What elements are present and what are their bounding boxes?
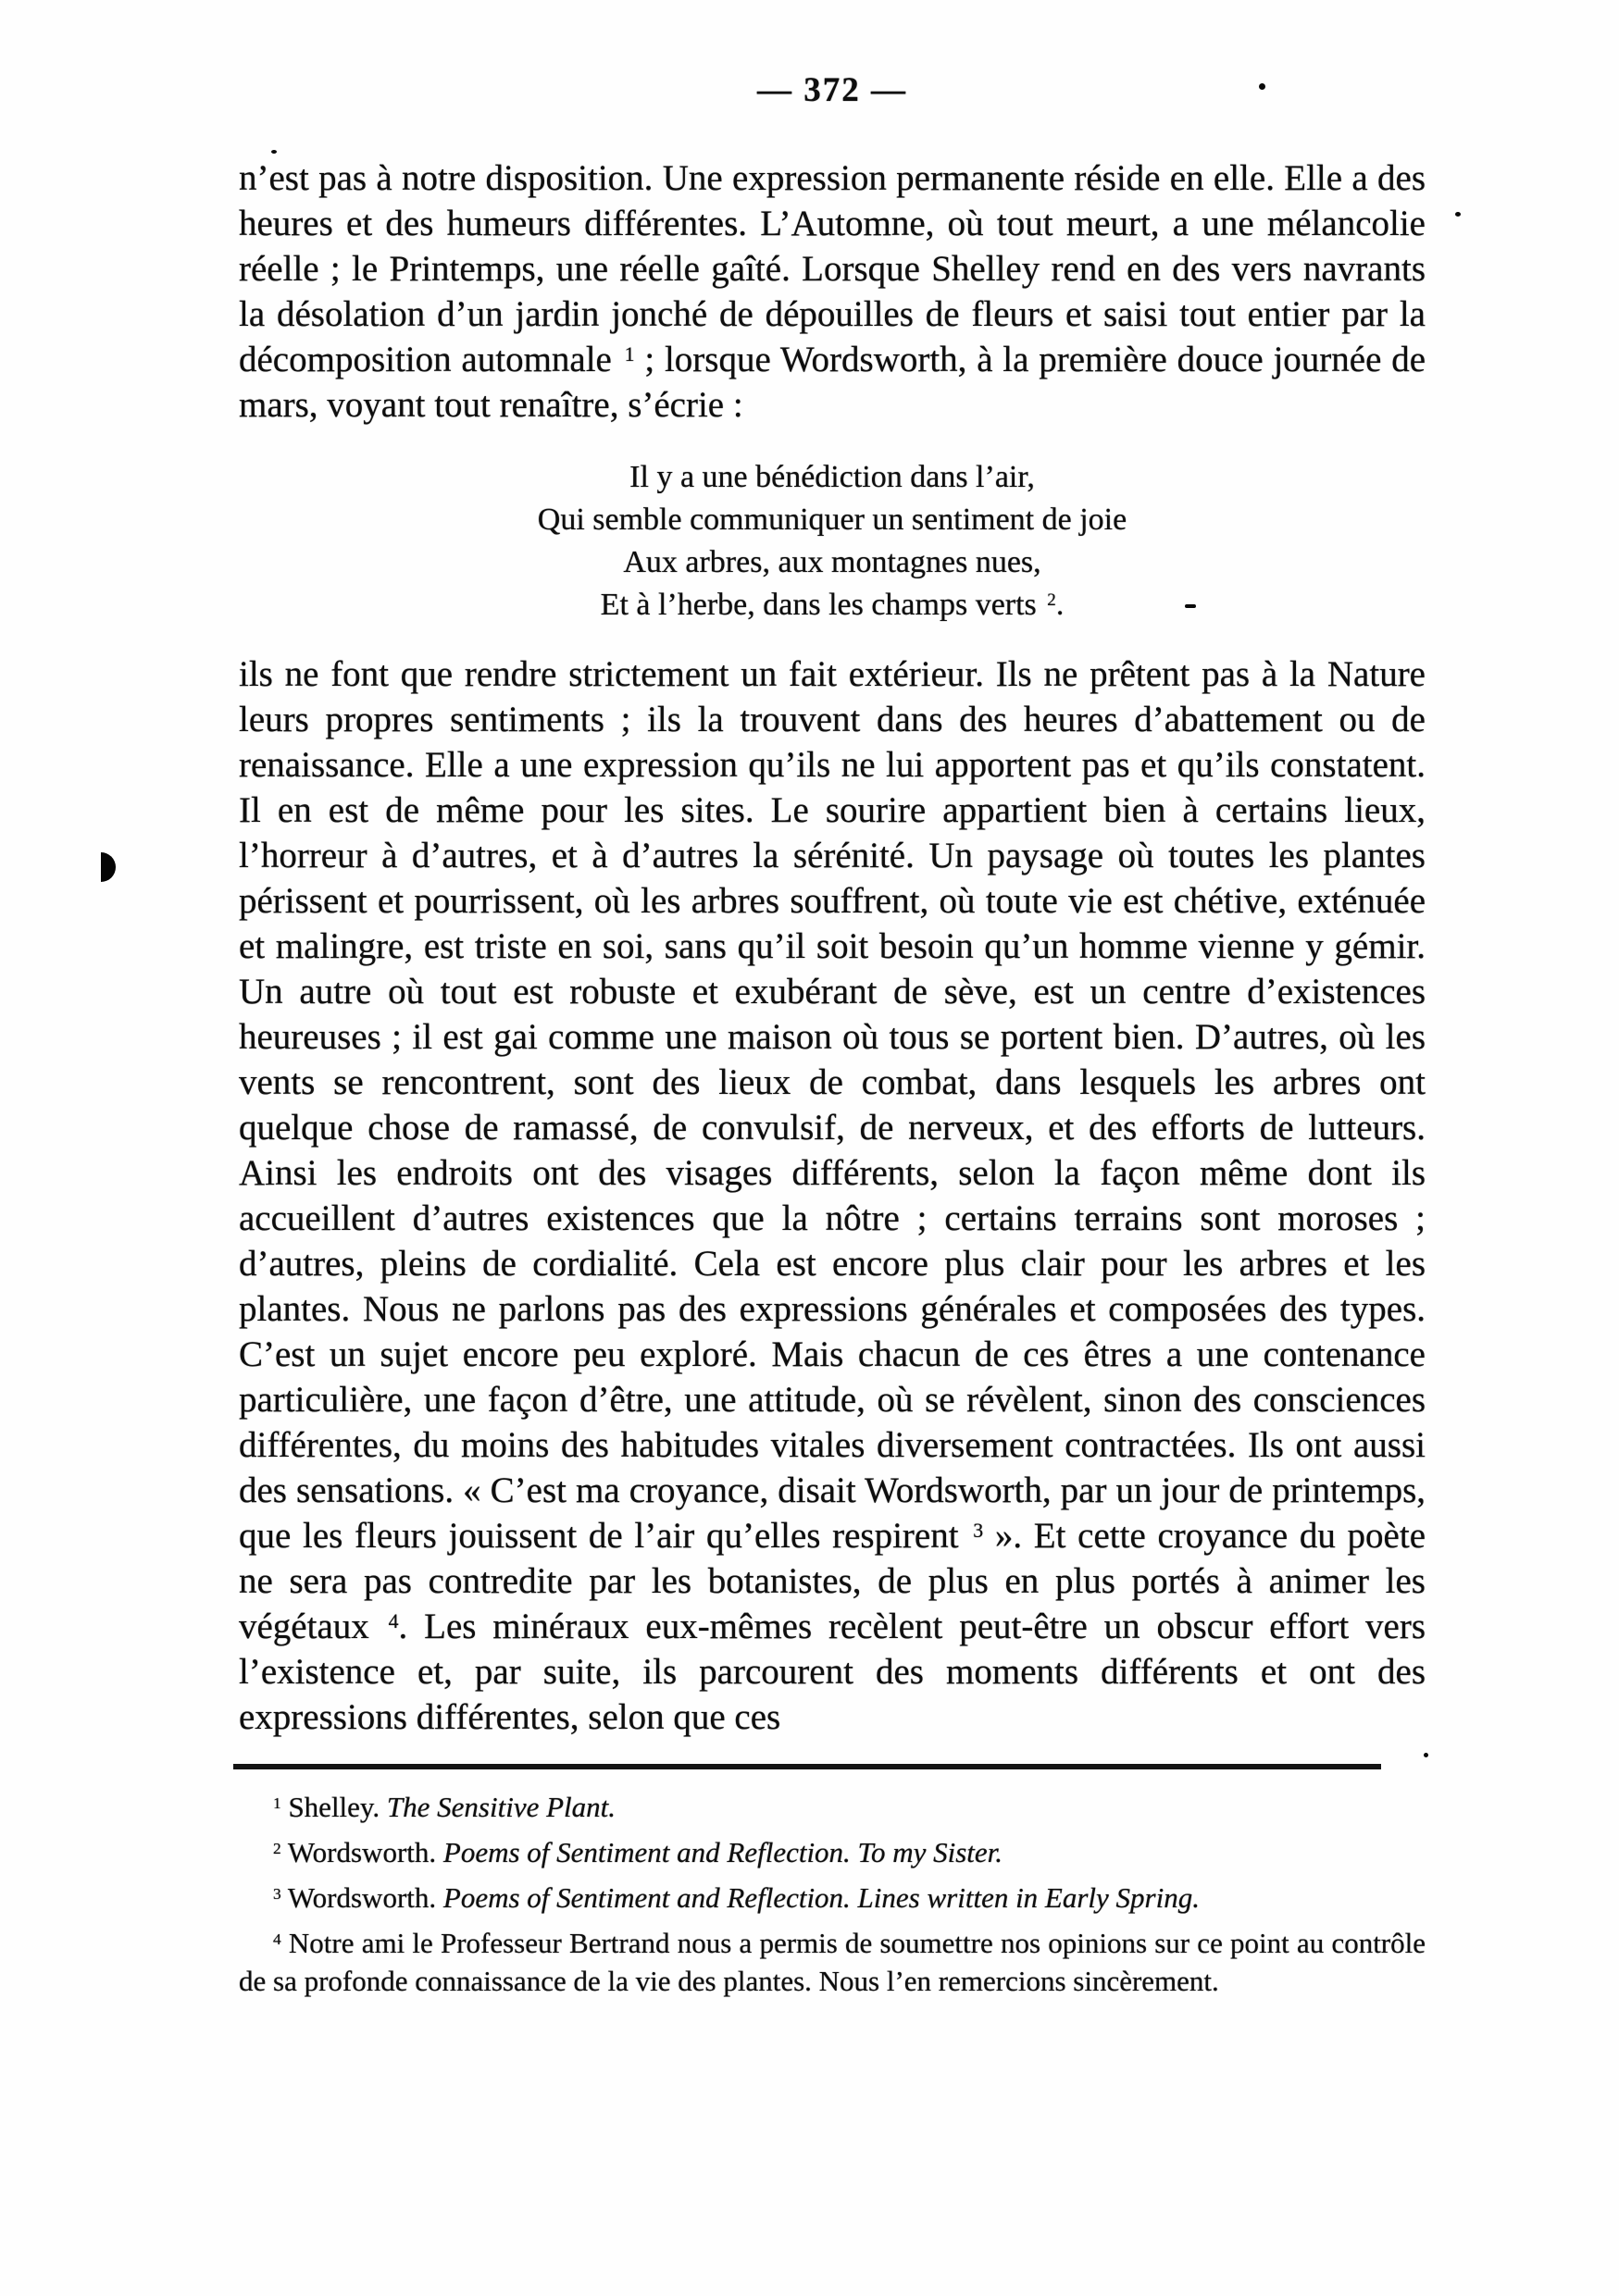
paragraph-opening: n’est pas à notre disposition. Une expre… [239,155,1426,428]
verse-text: Et à l’herbe, dans les champs verts [601,588,1045,622]
page-number: — 372 — [239,72,1426,109]
footnote-number: 2 [273,1840,281,1857]
ink-speck [1424,1753,1428,1757]
book-page: — 372 — n’est pas à notre disposition. U… [0,0,1619,2296]
ink-speck [271,150,277,154]
footnote-4: 4 Notre ami le Professeur Bertrand nous … [239,1924,1426,2000]
ink-speck [1259,83,1265,90]
footnote-ref-2: 2 [1047,590,1056,610]
paragraph-text: . Les minéraux eux-mêmes recèlent peut-ê… [239,1607,1426,1737]
footnote-3: 3 Wordsworth. Poems of Sentiment and Ref… [239,1879,1426,1917]
footnote-author: Wordsworth. [288,1881,436,1914]
footnote-number: 4 [273,1930,281,1948]
footnote-1: 1 Shelley. The Sensitive Plant. [239,1788,1426,1826]
footnote-author: Wordsworth. [288,1836,436,1868]
footnote-title: Poems of Sentiment and Reflection. To my… [443,1836,1003,1868]
footnote-title: Poems of Sentiment and Reflection. Lines… [443,1881,1200,1914]
footnote-divider [233,1764,1381,1769]
verse-line: Qui semble communiquer un sentiment de j… [239,499,1426,541]
ink-speck [1185,604,1196,608]
footnote-ref-1: 1 [625,343,635,366]
footnotes: 1 Shelley. The Sensitive Plant. 2 Wordsw… [239,1788,1426,2000]
footnote-number: 1 [273,1794,281,1812]
paragraph-main: ils ne font que rendre strictement un fa… [239,652,1426,1740]
footnote-text: Notre ami le Professeur Bertrand nous a … [239,1927,1426,1997]
verse-line: Il y a une bénédiction dans l’air, [239,456,1426,499]
verse-line: Et à l’herbe, dans les champs verts 2. [239,584,1426,627]
paragraph-text: ils ne font que rendre strictement un fa… [239,654,1426,1556]
verse-line: Aux arbres, aux montagnes nues, [239,541,1426,584]
verse-quotation: Il y a une bénédiction dans l’air, Qui s… [239,456,1426,627]
footnote-ref-4: 4 [389,1610,399,1632]
footnote-2: 2 Wordsworth. Poems of Sentiment and Ref… [239,1833,1426,1871]
footnote-ref-3: 3 [973,1520,983,1542]
footnote-number: 3 [273,1885,281,1903]
footnote-title: The Sensitive Plant. [387,1791,616,1823]
ink-blot [101,852,116,882]
ink-speck [1455,212,1461,217]
footnote-author: Shelley. [288,1791,380,1823]
verse-text: . [1056,588,1065,622]
